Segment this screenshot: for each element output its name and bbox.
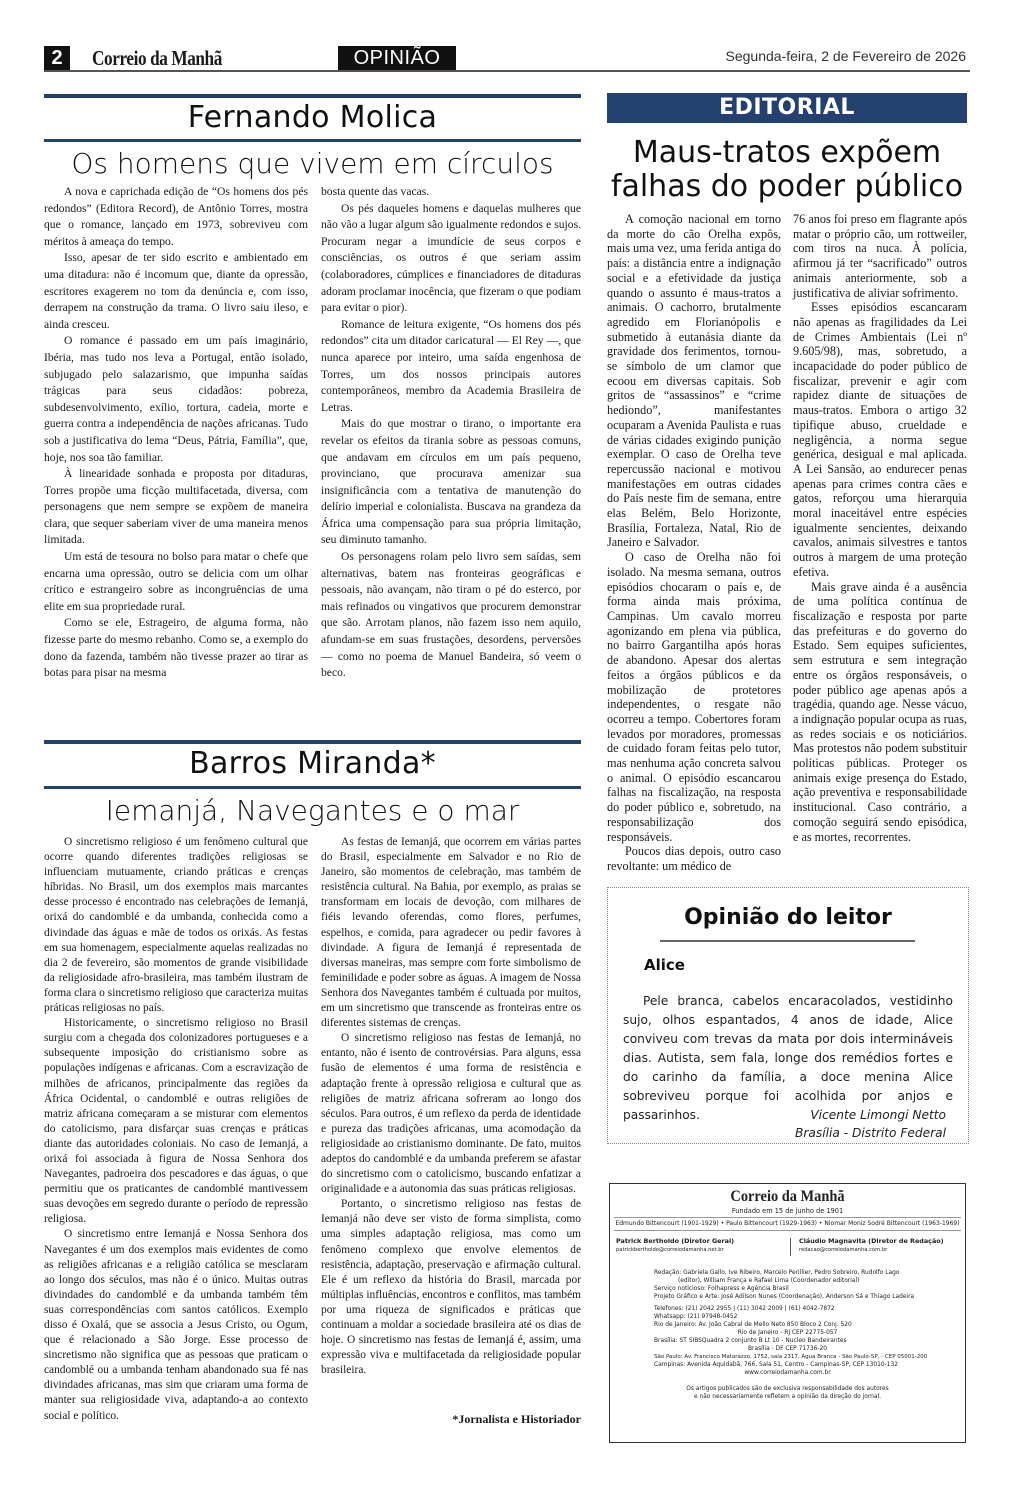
paragraph: O sincretismo entre Iemanjá e Nossa Senh… xyxy=(44,1227,308,1423)
paragraph: Isso, apesar de ter sido escrito e ambie… xyxy=(44,250,308,333)
dateline: Segunda-feira, 2 de Fevereiro de 2026 xyxy=(726,48,967,64)
author-name: Fernando Molica xyxy=(44,100,581,135)
paragraph: Romance de leitura exigente, “Os homens … xyxy=(321,317,581,417)
editorial-column: 76 anos foi preso em flagrante após mata… xyxy=(793,212,967,844)
website-link[interactable]: www.correiodamanha.com.br xyxy=(610,1370,965,1378)
contact-line: São Paulo: Av. Francisco Matarazzo, 1752… xyxy=(654,1354,927,1362)
contact-line: Whatsapp: (21) 97948-0452 xyxy=(654,1314,737,1322)
director-general-email[interactable]: patrickbertholdo@correiodamanha.net.br xyxy=(616,1247,724,1255)
reader-location: Brasília - Distrito Federal xyxy=(795,1124,946,1142)
article-title: Os homens que vivem em círculos xyxy=(44,147,581,180)
editorial-title-line: Maus-tratos expõem xyxy=(600,136,974,170)
staff-line: (editor), William França e Rafael Lima (… xyxy=(678,1278,859,1286)
contact-line: Brasília: ST SIBSQuadra 2 conjunto B Lt … xyxy=(654,1338,847,1346)
staff-line: Projeto Gráfico e Arte: José Adilson Nun… xyxy=(654,1294,914,1302)
divider xyxy=(44,740,581,744)
article-column: O sincretismo religioso é um fenômeno cu… xyxy=(44,835,308,1424)
paragraph: Um está de tesoura no bolso para matar o… xyxy=(44,549,308,615)
paragraph: Como se ele, Estrageiro, de alguma forma… xyxy=(44,615,308,681)
paragraph: Mais grave ainda é a ausência de uma pol… xyxy=(793,580,967,845)
paragraph: Portanto, o sincretismo religioso nas fe… xyxy=(321,1197,581,1378)
reader-opinion-box: Opinião do leitor Alice Pele branca, cab… xyxy=(607,887,969,1144)
paragraph: bosta quente das vacas. xyxy=(321,184,581,201)
editorial-title-line: falhas do poder público xyxy=(600,170,974,204)
author-name: Barros Miranda* xyxy=(44,746,581,781)
paragraph: Historicamente, o sincretismo religioso … xyxy=(44,1016,308,1227)
paragraph: Poucos dias depois, outro caso revoltant… xyxy=(607,844,781,873)
paragraph: O romance é passado em um país imaginári… xyxy=(44,333,308,466)
page-number: 2 xyxy=(44,46,70,70)
divider xyxy=(614,1217,961,1218)
contact-line: Brasília - DF CEP 71736-20 xyxy=(610,1346,965,1354)
contact-line: Campinas: Avenida Aquidabã, 766, Sala 51… xyxy=(654,1362,898,1370)
author-footnote: *Jornalista e Historiador xyxy=(321,1412,581,1427)
founders-line: Edmundo Bittencourt (1901-1929) • Paulo … xyxy=(610,1220,965,1228)
reader-signature: Vicente Limongi Netto Brasília - Distrit… xyxy=(795,1106,946,1142)
founded-date: Fundado em 15 de junho de 1901 xyxy=(610,1207,965,1215)
reader-section-title: Opinião do leitor xyxy=(608,905,968,930)
divider xyxy=(44,786,581,789)
divider xyxy=(660,940,915,942)
newspaper-logo: Correio da Manhã xyxy=(92,46,222,70)
article-column: As festas de Iemanjá, que ocorrem em vár… xyxy=(321,835,581,1378)
paragraph: À linearidade sonhada e proposta por dit… xyxy=(44,466,308,549)
editorial-tag: EDITORIAL xyxy=(607,93,967,123)
editor-director-email[interactable]: redacao@correiodamanha.com.br xyxy=(799,1247,887,1255)
paragraph: As festas de Iemanjá, que ocorrem em vár… xyxy=(321,835,581,1031)
page-header: 2 Correio da Manhã OPINIÃO Segunda-feira… xyxy=(44,46,970,72)
paragraph: Os personagens rolam pelo livro sem saíd… xyxy=(321,549,581,682)
paragraph: O sincretismo religioso é um fenômeno cu… xyxy=(44,835,308,1016)
disclaimer: Os artigos publicados são de exclusiva r… xyxy=(610,1386,965,1394)
article-column: bosta quente das vacas. Os pés daqueles … xyxy=(321,184,581,682)
contact-line: Telefones: (21) 2042 2955 | (11) 3042 20… xyxy=(654,1306,835,1314)
director-general: Patrick Bertholdo (Diretor Geral) xyxy=(616,1238,734,1246)
staff-line: Serviço noticioso: Folhapress e Agência … xyxy=(654,1286,789,1294)
divider xyxy=(614,1230,961,1231)
staff-line: Redação: Gabriela Gallo, Ive Ribeiro, Ma… xyxy=(654,1270,899,1278)
paragraph: Mais do que mostrar o tirano, o importan… xyxy=(321,416,581,549)
editorial-column: A comoção nacional em torno da morte do … xyxy=(607,212,781,874)
reader-letter-subject: Alice xyxy=(644,956,685,974)
paragraph: Os pés daqueles homens e daquelas mulher… xyxy=(321,201,581,317)
paragraph: A comoção nacional em torno da morte do … xyxy=(607,212,781,550)
article-title: Iemanjá, Navegantes e o mar xyxy=(44,794,581,827)
contact-line: Rio de Janeiro - RJ CEP 22775-057 xyxy=(610,1330,965,1338)
editor-director: Cláudio Magnavita (Diretor de Redação) xyxy=(799,1238,944,1246)
paragraph: Esses episódios escancaram não apenas as… xyxy=(793,300,967,579)
editorial-title: Maus-tratos expõem falhas do poder públi… xyxy=(600,136,974,204)
paragraph: A nova e caprichada edição de “Os homens… xyxy=(44,184,308,250)
divider xyxy=(790,1238,791,1256)
masthead-credits-box: Correio da Manhã Fundado em 15 de junho … xyxy=(609,1183,966,1443)
disclaimer: e não necessariamente refletem a opinião… xyxy=(610,1394,965,1402)
contact-line: Rio de Janeiro: Av. João Cabral de Mello… xyxy=(654,1322,852,1330)
paragraph: 76 anos foi preso em flagrante após mata… xyxy=(793,212,967,300)
reader-name: Vicente Limongi Netto xyxy=(795,1106,946,1124)
paragraph: O sincretismo religioso nas festas de Ie… xyxy=(321,1031,581,1197)
section-tag: OPINIÃO xyxy=(338,46,456,70)
article-column: A nova e caprichada edição de “Os homens… xyxy=(44,184,308,682)
divider xyxy=(44,139,581,142)
divider xyxy=(44,94,581,98)
newspaper-logo: Correio da Manhã xyxy=(628,1188,948,1206)
paragraph: O caso de Orelha não foi isolado. Na mes… xyxy=(607,550,781,844)
